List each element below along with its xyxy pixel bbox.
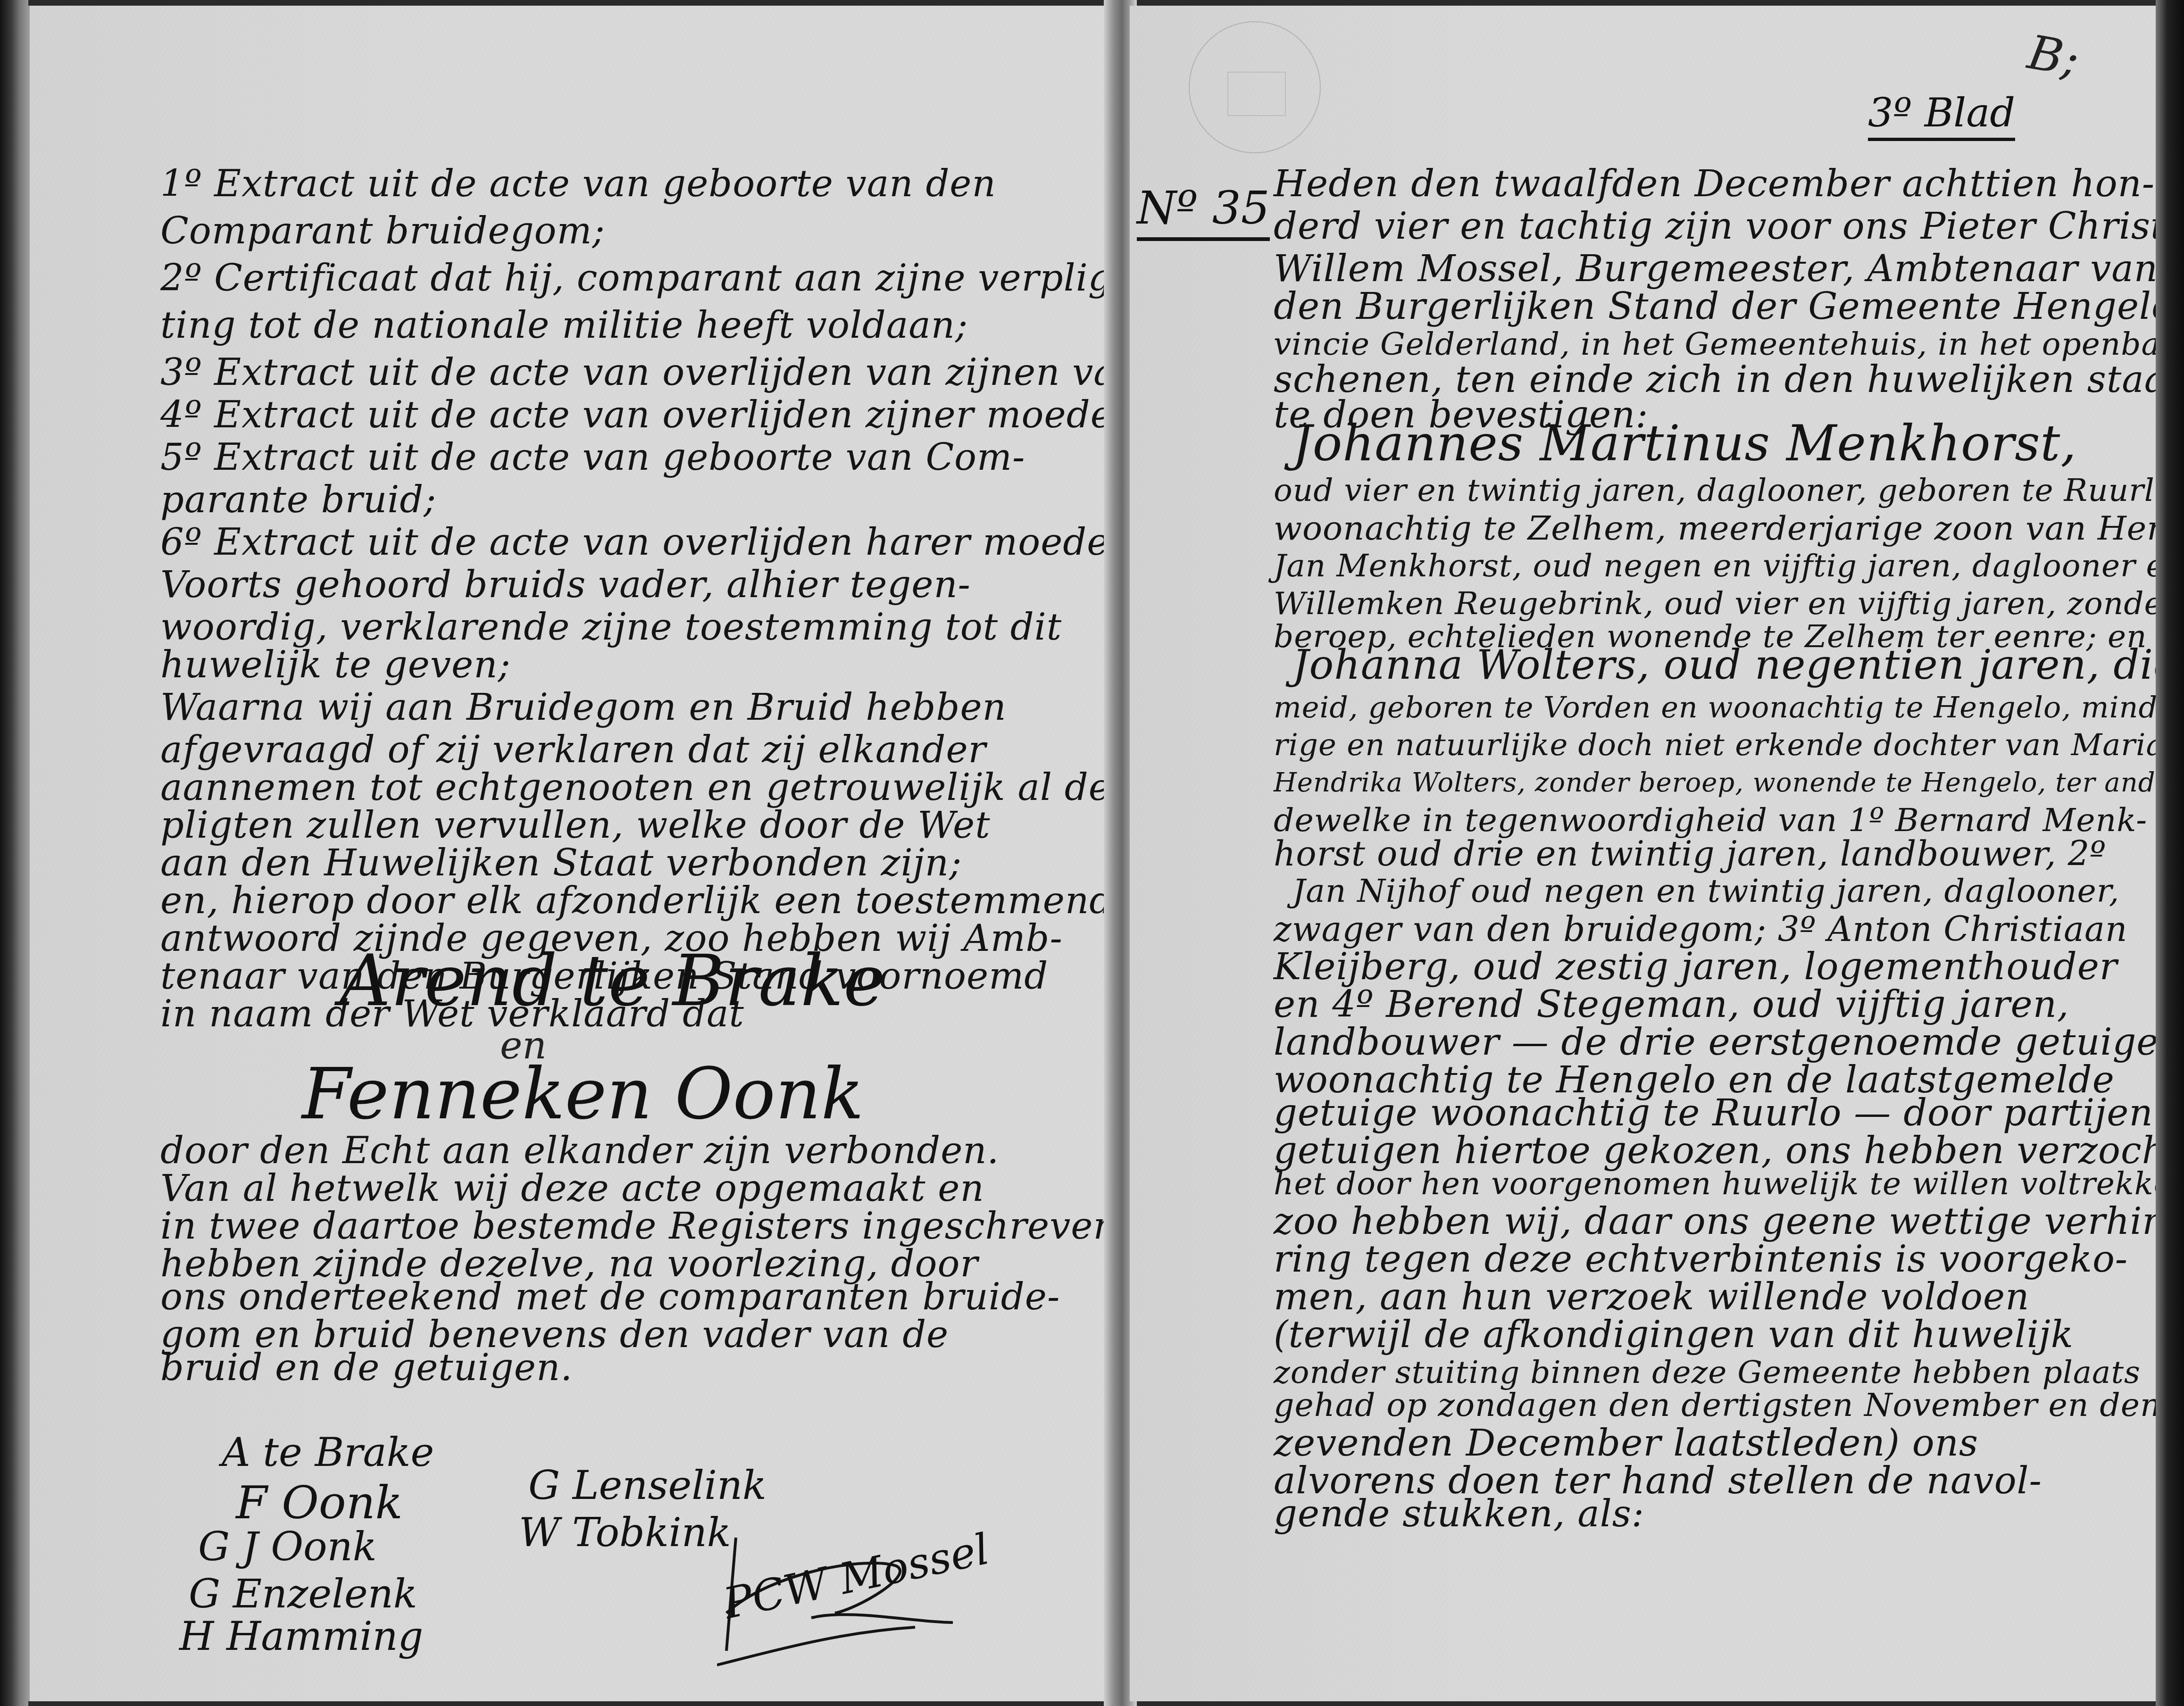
- text-line: 2º Certificaat dat hij, comparant aan zi…: [160, 255, 1125, 302]
- signature-witness-1: G Lenselink: [528, 1462, 767, 1508]
- text-line: 1º Extract uit de acte van geboorte van …: [160, 160, 996, 208]
- text-line: 5º Extract uit de acte van geboorte van …: [160, 434, 1025, 481]
- sheet-label: 3º Blad: [1868, 90, 2015, 141]
- groom-full-name: Johannes Martinus Menkhorst,: [1292, 420, 2076, 467]
- signature-bride: F Oonk: [236, 1476, 403, 1529]
- signature-groom: A te Brake: [222, 1429, 434, 1475]
- text-line: Voorts gehoord bruids vader, alhier tege…: [160, 561, 971, 608]
- embossed-seal: [1189, 21, 1321, 153]
- acte-number: Nº 35: [1137, 182, 1270, 241]
- folio-mark: B;: [2024, 25, 2084, 88]
- text-line: derd vier en tachtig zijn voor ons Piete…: [1274, 203, 2184, 250]
- groom-name: Arend te Brake: [340, 943, 885, 1019]
- text-line: gende stukken, als:: [1274, 1490, 1644, 1538]
- bride-name: Fenneken Oonk: [302, 1057, 864, 1132]
- text-line: huwelijk te geven;: [160, 641, 511, 689]
- text-line: Heden den twaalfden December achttien ho…: [1274, 160, 2155, 208]
- text-line: bruid en de getuigen.: [160, 1344, 573, 1391]
- left-binding-edge: [0, 0, 28, 1706]
- register-scan: 1º Extract uit de acte van geboorte van …: [0, 0, 2184, 1706]
- text-line: 4º Extract uit de acte van overlijden zi…: [160, 391, 1143, 439]
- text-line: Comparant bruidegom;: [160, 208, 605, 255]
- text-line: 6º Extract uit de acte van overlijden ha…: [160, 519, 1140, 566]
- signature-witness-3: G Enzelenk: [189, 1571, 417, 1617]
- signature-witness-2: W Tobkink: [519, 1509, 731, 1556]
- text-line: 3º Extract uit de acte van overlijden va…: [160, 349, 1193, 396]
- signature-witness-4: H Hamming: [179, 1613, 423, 1659]
- text-line: parante bruid;: [160, 476, 436, 524]
- text-line: ting tot de nationale militie heeft vold…: [160, 302, 968, 349]
- text-line: Waarna wij aan Bruidegom en Bruid hebben: [160, 684, 1007, 731]
- signature-father: G J Oonk: [198, 1523, 377, 1570]
- bride-full-name: Johanna Wolters, oud negentien jaren, di…: [1292, 641, 2184, 689]
- right-binding-edge: [2156, 0, 2184, 1706]
- scan-top-edge: [0, 0, 2184, 6]
